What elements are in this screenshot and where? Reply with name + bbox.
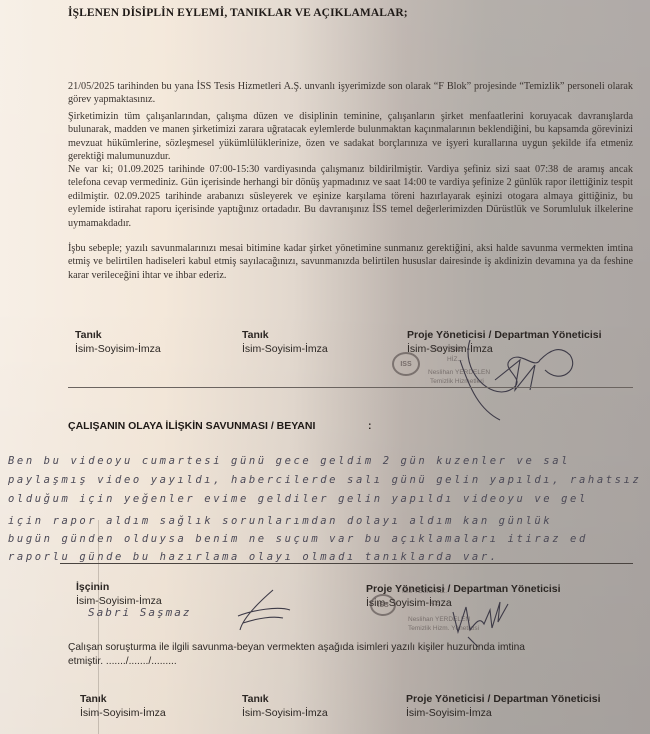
employee-handwritten-signature [228, 588, 298, 633]
paragraph-incident: Ne var ki; 01.09.2025 tarihinde 07:00-15… [68, 163, 633, 230]
manager-label: Proje Yöneticisi / Departman Yöneticisi [406, 692, 601, 706]
manager-signature-bottom: Proje Yöneticisi / Departman Yöneticisi … [406, 692, 601, 720]
witness-1-signature-bottom: Tanık İsim-Soyisim-İmza [80, 692, 166, 720]
handwritten-statement-line: olduğum için yeğenler evime geldiler gel… [8, 493, 648, 505]
paragraph-employment: 21/05/2025 tarihinden bu yana İSS Tesis … [68, 80, 633, 107]
name-signature-label: İsim-Soyisim-İmza [406, 706, 601, 720]
employee-label: İşçinin [76, 580, 162, 594]
paragraph-warning: İşbu sebeple; yazılı savunmalarınızı mes… [68, 242, 633, 282]
stamp-text-line: A.Ş. [430, 600, 442, 608]
name-signature-label: İsim-Soyisim-İmza [75, 342, 161, 356]
witness-label: Tanık [242, 692, 328, 706]
defense-section-title: ÇALIŞANIN OLAYA İLİŞKİN SAVUNMASI / BEYA… [68, 420, 315, 432]
handwritten-statement-line: için rapor aldım sağlık sorunlarımdan do… [8, 515, 648, 527]
section-divider [68, 387, 633, 388]
refusal-text: Çalışan soruşturma ile ilgili savunma-be… [68, 641, 628, 655]
witness-label: Tanık [80, 692, 166, 706]
defense-section-colon: : [368, 420, 372, 432]
paragraph-obligations: Şirketimizin tüm çalışanlarından, çalışm… [68, 110, 633, 164]
handwritten-statement-line: paylaşmış video yayıldı, habercilerde sa… [8, 474, 648, 486]
handwritten-statement-line: Ben bu videoyu cumartesi günü gece geldi… [8, 455, 648, 467]
witness-label: Tanık [242, 328, 328, 342]
name-signature-label: İsim-Soyisim-İmza [242, 342, 328, 356]
name-signature-label: İsim-Soyisim-İmza [80, 706, 166, 720]
manager-handwritten-signature [448, 592, 518, 642]
document-heading: İŞLENEN DİSİPLİN EYLEMİ, TANIKLAR VE AÇI… [68, 7, 408, 19]
manager-handwritten-signature [440, 330, 590, 425]
iss-stamp-logo: ISS [370, 594, 396, 616]
name-signature-label: İsim-Soyisim-İmza [242, 706, 328, 720]
statement-end-line [60, 563, 633, 564]
stamp-text-line: İSS TESİS HİZ. [402, 588, 447, 596]
witness-1-signature: Tanık İsim-Soyisim-İmza [75, 328, 161, 356]
refusal-note: Çalışan soruşturma ile ilgili savunma-be… [68, 641, 628, 669]
handwritten-statement-line: bugün günden olduysa benim ne suçum var … [8, 533, 648, 545]
witness-2-signature-bottom: Tanık İsim-Soyisim-İmza [242, 692, 328, 720]
employee-signature: İşçinin İsim-Soyisim-İmza [76, 580, 162, 608]
employee-handwritten-name: Sabri Saşmaz [88, 606, 191, 619]
refusal-date-line: etmiştir. ......./......./......... [68, 655, 628, 669]
iss-stamp-logo: ISS [392, 352, 420, 376]
witness-label: Tanık [75, 328, 161, 342]
witness-2-signature: Tanık İsim-Soyisim-İmza [242, 328, 328, 356]
handwritten-statement-line: raporlu günde bu hazırlama olayı olmadı … [8, 551, 648, 563]
